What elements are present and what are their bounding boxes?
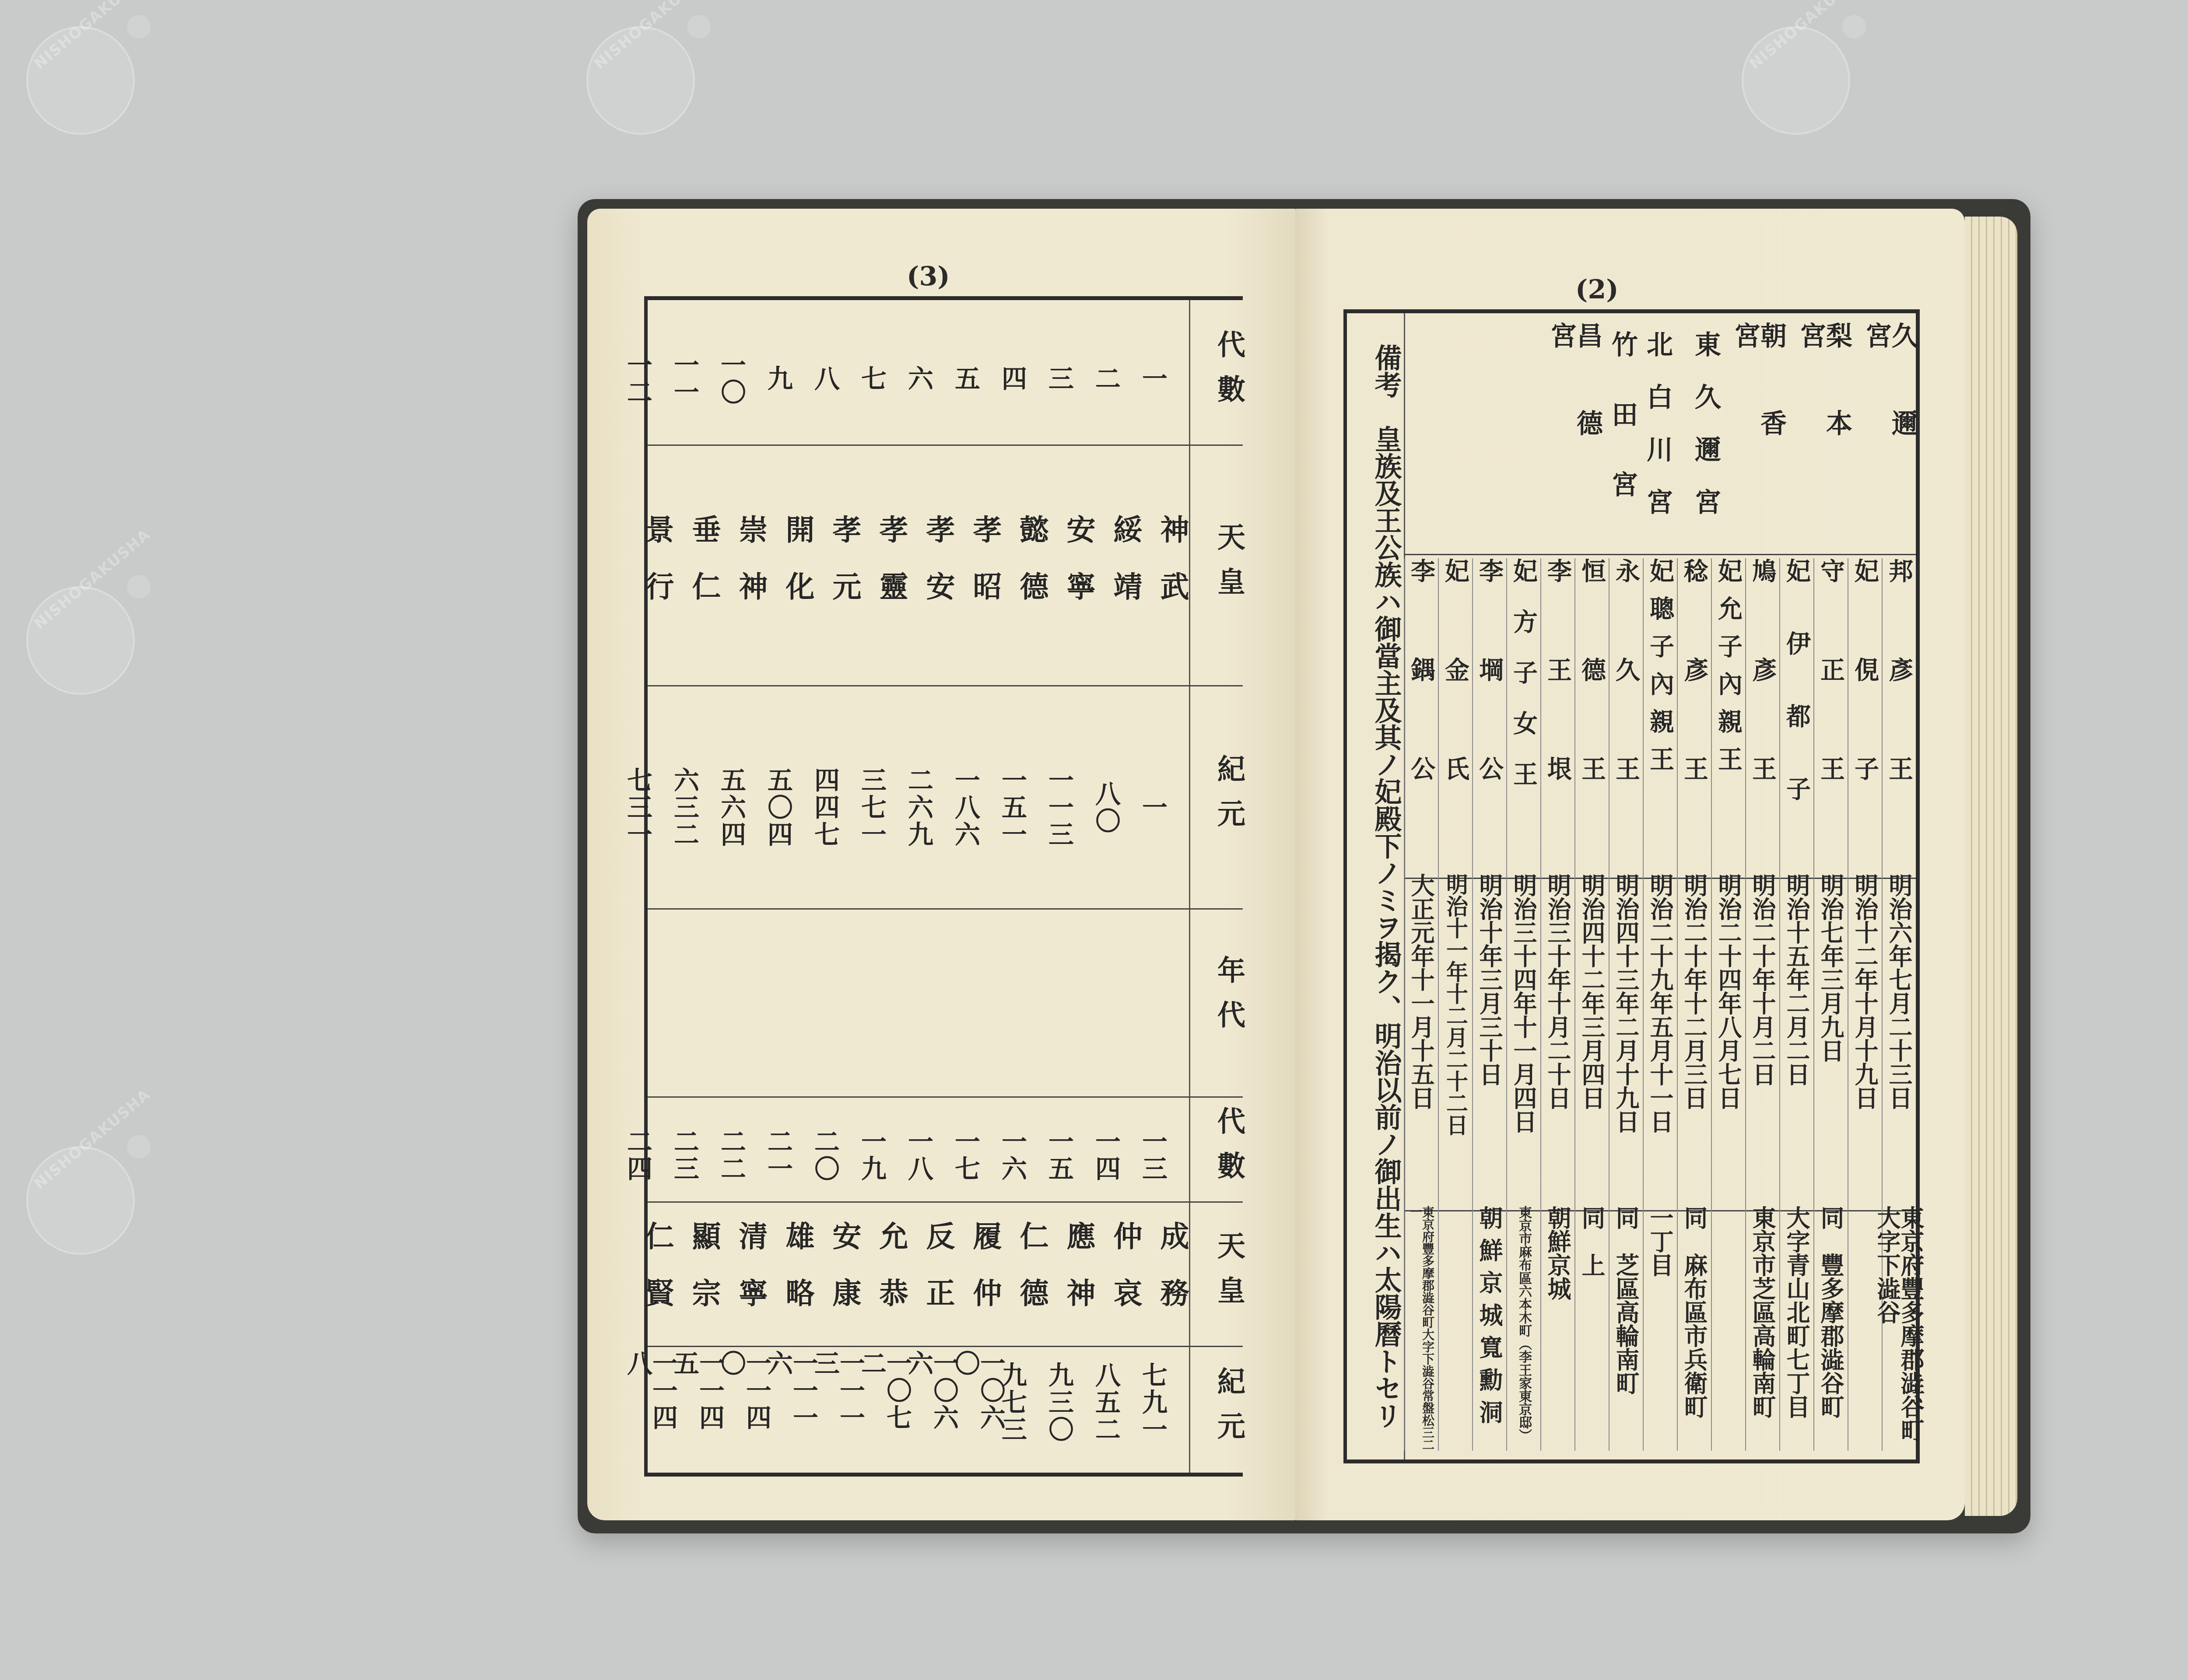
table-cell: 二 <box>1093 318 1140 440</box>
emperor-name-row-1: 神武 綏靖 安寧 懿德 孝昭 孝安 孝靈 孝元 開化 崇神 垂仁 景行 <box>625 466 1187 676</box>
table-cell: 安康 <box>812 1214 859 1341</box>
table-cell: 一〇六〇 <box>953 1350 999 1455</box>
table-cell: 仁德 <box>999 1214 1046 1341</box>
left-page: (3) 代數 天皇 紀元 年代 一 二 三 四 五 六 <box>587 209 1296 1520</box>
table-cell: 七九一 <box>1140 1350 1187 1455</box>
table-cell: 一二 <box>625 318 672 440</box>
table-cell: 履仲 <box>953 1214 999 1341</box>
member-name: 李王垠 <box>1546 558 1570 873</box>
member-address: 同 芝區高輪南町 <box>1614 1206 1638 1451</box>
header-kigen-2: 紀元 <box>1190 1354 1243 1468</box>
member-name: 守正王 <box>1819 558 1843 873</box>
table-cell: 三 <box>1046 318 1093 440</box>
miya-cell: 朝香宮 <box>1719 322 1785 549</box>
member-column: 永久王 明治四十三年二月十九日 同 芝區高輪南町 <box>1609 558 1643 1451</box>
page-number-left: (3) <box>907 261 950 292</box>
table-cell: 安寧 <box>1046 466 1093 676</box>
member-birthdate: 明治七年三月九日 <box>1819 873 1843 1206</box>
member-column: 守正王 明治七年三月九日 同 豐多摩郡澁谷町 <box>1813 558 1848 1451</box>
member-birthdate: 明治十五年二月二日 <box>1785 873 1809 1206</box>
table-cell: 八五二 <box>1093 1350 1140 1455</box>
member-name: 李鍝公 <box>1409 558 1434 873</box>
member-address: 東京市芝區高輪南町 <box>1751 1206 1774 1451</box>
member-birthdate: 大正元年十一月十五日 <box>1410 873 1433 1206</box>
right-page: (2) 備考 皇族及王公族ハ御當主及其ノ妃殿下ノミヲ揭ク、明治以前ノ御出生ハ太陽… <box>1295 209 1965 1520</box>
member-name: 妃允子內親王 <box>1716 558 1741 873</box>
member-name: 鳩彥王 <box>1750 558 1775 873</box>
remarks-note: 備考 皇族及王公族ハ御當主及其ノ妃殿下ノミヲ揭ク、明治以前ノ御出生ハ太陽曆トセリ <box>1351 326 1399 1446</box>
watermark-logo-icon: NISHOGAKUSHA <box>26 586 135 695</box>
emperor-name-row-2: 成務 仲哀 應神 仁德 履仲 反正 允恭 安康 雄略 清寧 顯宗 仁賢 <box>625 1214 1187 1341</box>
table-cell: 顯宗 <box>672 1214 719 1341</box>
table-cell: 一一三 <box>1046 716 1093 899</box>
table-cell: 一一一六 <box>765 1350 812 1455</box>
member-column: 妃伊都子 明治十五年二月二日 大字青山北町七丁目 <box>1779 558 1813 1451</box>
header-era-count: 代數 <box>1190 309 1243 440</box>
table-cell: 五 <box>953 318 999 440</box>
member-column: 李王垠 明治三十年十月二十日 朝鮮京城 <box>1540 558 1574 1451</box>
table-cell: 崇神 <box>719 466 765 676</box>
table-cell: 一 <box>1140 318 1187 440</box>
table-cell: 雄略 <box>765 1214 812 1341</box>
watermark-logo-icon: NISHOGAKUSHA <box>26 1146 135 1255</box>
table-cell: 應神 <box>1046 1214 1093 1341</box>
table-cell: 允恭 <box>859 1214 906 1341</box>
miya-cell: 竹田宮 <box>1601 322 1636 549</box>
member-birthdate: 明治六年七月二十三日 <box>1887 873 1911 1206</box>
table-cell: 景行 <box>625 466 672 676</box>
member-name: 永久王 <box>1614 558 1638 873</box>
table-cell: 二三 <box>672 1114 719 1197</box>
table-cell: 八 <box>812 318 859 440</box>
member-column: 妃金氏 明治十一年十二月二十二日 <box>1438 558 1472 1451</box>
member-address: 大字青山北町七丁目 <box>1785 1206 1809 1451</box>
table-cell: 四四七 <box>812 716 859 899</box>
member-birthdate: 明治四十三年二月十九日 <box>1614 873 1638 1206</box>
table-cell: 二六九 <box>906 716 953 899</box>
member-column: 邦彥王 明治六年七月二十三日 東京府豐多摩郡澁谷町大字下澁谷 <box>1882 558 1916 1451</box>
page-number-right: (2) <box>1575 274 1619 305</box>
kigen-row-2: 七九一 八五二 九三〇 九七三 一〇六〇 一〇六六 一〇七二 一一一三 一一一六… <box>625 1350 1187 1455</box>
table-cell: 一八 <box>906 1114 953 1197</box>
table-cell: 二二 <box>719 1114 765 1197</box>
miya-row: 久邇宮 梨本宮 朝香宮 東久邇宮 北白川宮 竹田宮 昌德宮 <box>1553 322 1916 549</box>
miya-cell: 久邇宮 <box>1850 322 1916 549</box>
table-cell: 一一四〇 <box>719 1350 765 1455</box>
header-period: 年代 <box>1190 913 1243 1088</box>
header-era-count-2: 代數 <box>1190 1105 1243 1197</box>
table-cell: 仲哀 <box>1093 1214 1140 1341</box>
member-birthdate: 明治十一年十二月二十二日 <box>1445 873 1466 1206</box>
table-cell: 一一四八 <box>625 1350 672 1455</box>
member-address: 東京市麻布區六本木町（李王家東京邸） <box>1517 1206 1530 1451</box>
member-birthdate: 明治二十九年五月十一日 <box>1648 873 1672 1206</box>
member-address: 同 豐多摩郡澁谷町 <box>1819 1206 1843 1451</box>
member-address: 東京府豐多摩郡澁谷町大字下澁谷常盤松三二一 <box>1409 1206 1434 1451</box>
member-column: 妃聰子內親王 明治二十九年五月十一日 一丁目 <box>1643 558 1677 1451</box>
watermark-logo-icon: NISHOGAKUSHA <box>1742 26 1850 135</box>
member-address: 東京府豐多摩郡澁谷町大字下澁谷 <box>1876 1206 1923 1451</box>
table-cell: 清寧 <box>719 1214 765 1341</box>
table-cell: 神武 <box>1140 466 1187 676</box>
miya-cell: 北白川宮 <box>1636 322 1671 549</box>
miya-cell: 東久邇宮 <box>1671 322 1719 549</box>
watermark-logo-icon: NISHOGAKUSHA <box>26 26 135 135</box>
table-cell: 二〇 <box>812 1114 859 1197</box>
table-cell: 孝昭 <box>953 466 999 676</box>
member-birthdate: 明治三十四年十一月四日 <box>1512 873 1536 1206</box>
miya-cell: 昌德宮 <box>1553 322 1601 549</box>
member-column: 妃方子女王 明治三十四年十一月四日 東京市麻布區六本木町（李王家東京邸） <box>1506 558 1540 1451</box>
watermark-logo-icon: NISHOGAKUSHA <box>586 26 695 135</box>
table-cell: 九 <box>765 318 812 440</box>
kigen-row-1: 一 八〇 一一三 一五一 一八六 二六九 三七一 四四七 五〇四 五六四 六三二… <box>625 716 1187 899</box>
table-cell: 一三 <box>1140 1114 1187 1197</box>
table-cell: 六 <box>906 318 953 440</box>
member-column: 鳩彥王 明治二十年十月二日 東京市芝區高輪南町 <box>1745 558 1779 1451</box>
member-birthdate: 明治二十年十二月三日 <box>1683 873 1706 1206</box>
era-number-row-1: 一 二 三 四 五 六 七 八 九 一〇 一一 一二 <box>625 318 1187 440</box>
members-grid: 邦彥王 明治六年七月二十三日 東京府豐多摩郡澁谷町大字下澁谷 妃俔子 明治十二年… <box>1404 558 1916 1451</box>
member-name: 稔彥王 <box>1682 558 1707 873</box>
table-cell: 三七一 <box>859 716 906 899</box>
table-cell: 垂仁 <box>672 466 719 676</box>
member-birthdate: 明治二十四年八月七日 <box>1717 873 1740 1206</box>
table-cell: 一四 <box>1093 1114 1140 1197</box>
open-book: (3) 代數 天皇 紀元 年代 一 二 三 四 五 六 <box>578 199 2030 1533</box>
member-name: 妃俔子 <box>1853 558 1877 873</box>
member-address: 朝鮮京城寬勳洞 <box>1478 1206 1501 1451</box>
table-cell: 七三一 <box>625 716 672 899</box>
member-name: 恒德王 <box>1580 558 1604 873</box>
table-cell: 一一一三 <box>812 1350 859 1455</box>
member-name: 邦彥王 <box>1887 558 1911 873</box>
member-birthdate: 明治三十年十月二十日 <box>1546 873 1570 1206</box>
table-cell: 孝安 <box>906 466 953 676</box>
member-column: 李鍝公 大正元年十一月十五日 東京府豐多摩郡澁谷町大字下澁谷常盤松三二一 <box>1404 558 1438 1451</box>
table-cell: 懿德 <box>999 466 1046 676</box>
member-name: 妃聰子內親王 <box>1648 558 1673 873</box>
table-cell: 一一 <box>672 318 719 440</box>
member-address: 朝鮮京城 <box>1546 1206 1570 1451</box>
header-emperor-2: 天皇 <box>1190 1210 1243 1341</box>
member-address: 同 上 <box>1580 1206 1604 1451</box>
member-birthdate: 明治十年三月三十日 <box>1478 873 1501 1206</box>
member-name: 妃伊都子 <box>1785 558 1809 873</box>
table-cell: 一七 <box>953 1114 999 1197</box>
table-cell: 八〇 <box>1093 716 1140 899</box>
table-cell: 一〇 <box>719 318 765 440</box>
emperor-table: 代數 天皇 紀元 年代 一 二 三 四 五 六 七 八 九 一〇 一一 一二 神… <box>644 296 1243 1477</box>
member-birthdate: 明治四十二年三月四日 <box>1580 873 1604 1206</box>
member-birthdate: 明治二十年十月二日 <box>1751 873 1774 1206</box>
imperial-family-table: 備考 皇族及王公族ハ御當主及其ノ妃殿下ノミヲ揭ク、明治以前ノ御出生ハ太陽曆トセリ… <box>1343 309 1920 1463</box>
table-cell: 九三〇 <box>1046 1350 1093 1455</box>
table-cell: 一八六 <box>953 716 999 899</box>
miya-cell: 梨本宮 <box>1785 322 1850 549</box>
table-cell: 一五一 <box>999 716 1046 899</box>
table-cell: 五六四 <box>719 716 765 899</box>
table-cell: 一〇七二 <box>859 1350 906 1455</box>
table-cell: 孝靈 <box>859 466 906 676</box>
table-cell: 一〇六六 <box>906 1350 953 1455</box>
table-cell: 孝元 <box>812 466 859 676</box>
table-cell: 六三二 <box>672 716 719 899</box>
table-cell: 一九 <box>859 1114 906 1197</box>
table-cell: 一六 <box>999 1114 1046 1197</box>
header-kigen: 紀元 <box>1190 694 1243 904</box>
table-cell: 七 <box>859 318 906 440</box>
member-column: 稔彥王 明治二十年十二月三日 同 麻布區市兵衛町 <box>1677 558 1711 1451</box>
era-number-row-2: 一三 一四 一五 一六 一七 一八 一九 二〇 二一 二二 二三 二四 <box>625 1114 1187 1197</box>
member-name: 妃方子女王 <box>1511 558 1536 873</box>
header-emperor: 天皇 <box>1190 453 1243 681</box>
table-cell: 仁賢 <box>625 1214 672 1341</box>
page-edges <box>1965 217 2017 1516</box>
table-cell: 開化 <box>765 466 812 676</box>
member-name: 李堈公 <box>1477 558 1502 873</box>
table-cell: 二一 <box>765 1114 812 1197</box>
member-name: 妃金氏 <box>1443 558 1468 873</box>
table-cell: 一一四五 <box>672 1350 719 1455</box>
member-column: 妃允子內親王 明治二十四年八月七日 <box>1711 558 1745 1451</box>
table-cell: 反正 <box>906 1214 953 1341</box>
table-cell: 四 <box>999 318 1046 440</box>
table-cell: 一 <box>1140 716 1187 899</box>
table-cell: 一五 <box>1046 1114 1093 1197</box>
member-column: 李堈公 明治十年三月三十日 朝鮮京城寬勳洞 <box>1472 558 1506 1451</box>
table-cell: 五〇四 <box>765 716 812 899</box>
table-cell: 九七三 <box>999 1350 1046 1455</box>
table-cell: 成務 <box>1140 1214 1187 1341</box>
member-address: 同 麻布區市兵衛町 <box>1683 1206 1706 1451</box>
table-cell: 二四 <box>625 1114 672 1197</box>
member-column: 恒德王 明治四十二年三月四日 同 上 <box>1574 558 1609 1451</box>
table-cell: 綏靖 <box>1093 466 1140 676</box>
member-birthdate: 明治十二年十月十九日 <box>1853 873 1877 1206</box>
member-address: 一丁目 <box>1648 1206 1672 1451</box>
